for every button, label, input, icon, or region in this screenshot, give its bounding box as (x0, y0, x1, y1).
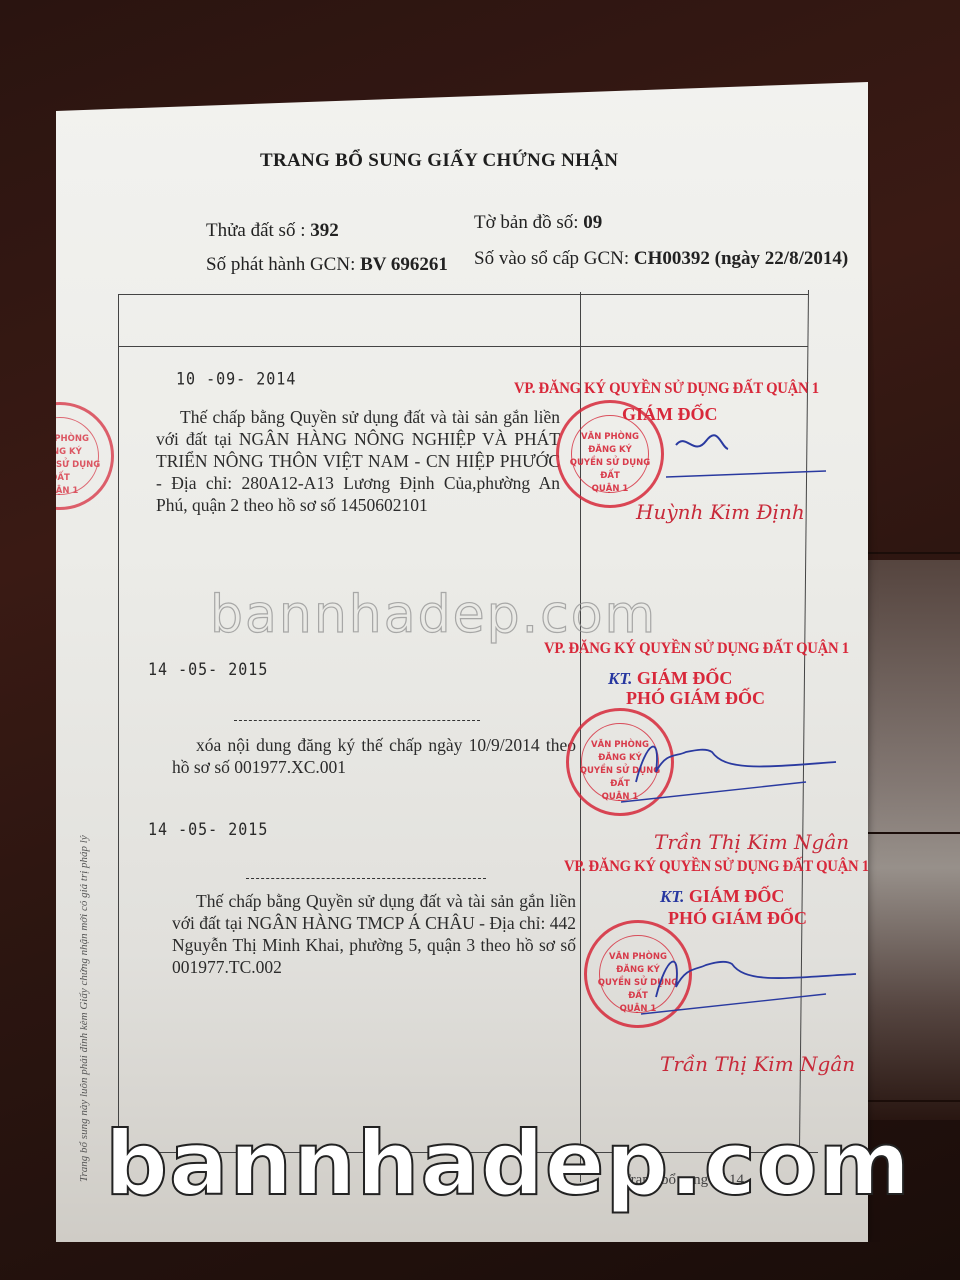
side-legal-note: Trang bổ sung này luôn phải đính kèm Giấ… (78, 835, 90, 1182)
signer-role: KT. GIÁM ĐỐC (608, 668, 732, 689)
signer-subrole: PHÓ GIÁM ĐỐC (668, 908, 807, 929)
parcel-number: Thửa đất số : 392 (206, 220, 339, 242)
floor-seam (860, 1100, 960, 1102)
seal-line: ĐĂNG KÝ (56, 446, 111, 459)
seal-line: QUYỀN SỬ DỤNG ĐẤT (56, 459, 111, 485)
watermark-large: bannhadep.com (105, 1120, 911, 1208)
seal-line: QUẬN 1 (56, 485, 111, 498)
entry-text: Thế chấp bằng Quyền sử dụng đất và tài s… (172, 890, 576, 978)
page-title: TRANG BỔ SUNG GIẤY CHỨNG NHẬN (260, 150, 618, 172)
seal-line: QUẬN 1 (559, 483, 661, 496)
signature-mark (616, 722, 846, 812)
issue-number-label: Số phát hành GCN: (206, 254, 355, 275)
entry-date: 10 -09- 2014 (176, 369, 296, 390)
kt-abbrev: KT. (608, 669, 632, 688)
entry-text: xóa nội dung đăng ký thế chấp ngày 10/9/… (172, 734, 576, 778)
parcel-label: Thửa đất số : (206, 220, 305, 241)
seal-text: VĂN PHÒNG ĐĂNG KÝ QUYỀN SỬ DỤNG ĐẤT QUẬN… (56, 433, 111, 498)
table-row-divider (118, 346, 808, 347)
issue-number-value: BV 696261 (360, 254, 448, 275)
official-seal: VĂN PHÒNG ĐĂNG KÝ QUYỀN SỬ DỤNG ĐẤT QUẬN… (556, 400, 664, 508)
table-border-left (118, 294, 119, 1154)
parcel-value: 392 (310, 220, 339, 241)
floor-seam (860, 552, 960, 554)
registry-label: Số vào sổ cấp GCN: (474, 248, 629, 269)
edge-seal: VĂN PHÒNG ĐĂNG KÝ QUYỀN SỬ DỤNG ĐẤT QUẬN… (56, 402, 114, 510)
role-subtitle: PHÓ GIÁM ĐỐC (668, 908, 807, 928)
seal-text: VĂN PHÒNG ĐĂNG KÝ QUYỀN SỬ DỤNG ĐẤT QUẬN… (559, 431, 661, 496)
role-title: GIÁM ĐỐC (637, 668, 733, 688)
entry-text: Thế chấp bằng Quyền sử dụng đất và tài s… (156, 406, 560, 516)
entry-date: 14 -05- 2015 (148, 819, 268, 840)
map-sheet-label: Tờ bản đồ số: (474, 212, 579, 233)
office-heading: VP. ĐĂNG KÝ QUYỀN SỬ DỤNG ĐẤT QUẬN 1 (564, 858, 868, 876)
floor-seam (860, 832, 960, 834)
kt-abbrev: KT. (660, 887, 684, 906)
certificate-supplement-page: TRANG BỔ SUNG GIẤY CHỨNG NHẬN Thửa đất s… (56, 82, 868, 1242)
seal-line: QUYỀN SỬ DỤNG ĐẤT (559, 457, 661, 483)
watermark-faint: bannhadep.com (210, 585, 657, 645)
map-sheet-value: 09 (583, 212, 602, 233)
signer-subrole: PHÓ GIÁM ĐỐC (626, 688, 765, 709)
signature-mark (636, 932, 866, 1022)
table-border-top (118, 294, 808, 295)
signature-mark (666, 427, 836, 487)
map-sheet-number: Tờ bản đồ số: 09 (474, 212, 602, 234)
registry-value: CH00392 (ngày 22/8/2014) (634, 248, 848, 269)
signer-name: Trần Thị Kim Ngân (654, 830, 849, 854)
seal-line: VĂN PHÒNG (56, 433, 111, 446)
signer-name: Huỳnh Kim Định (636, 500, 805, 524)
signer-name: Trần Thị Kim Ngân (660, 1052, 855, 1076)
registry-number: Số vào sổ cấp GCN: CH00392 (ngày 22/8/20… (474, 248, 848, 270)
entry-date: 14 -05- 2015 (148, 659, 268, 680)
office-heading: VP. ĐĂNG KÝ QUYỀN SỬ DỤNG ĐẤT QUẬN 1 (514, 380, 819, 398)
signer-role: KT. GIÁM ĐỐC (660, 886, 784, 907)
role-subtitle: PHÓ GIÁM ĐỐC (626, 688, 765, 708)
issue-number: Số phát hành GCN: BV 696261 (206, 254, 448, 276)
background-floor-glare (860, 560, 960, 1120)
dashed-separator (246, 878, 486, 879)
role-title: GIÁM ĐỐC (689, 886, 785, 906)
dashed-separator (234, 720, 480, 721)
seal-line: ĐĂNG KÝ (559, 444, 661, 457)
seal-line: VĂN PHÒNG (559, 431, 661, 444)
